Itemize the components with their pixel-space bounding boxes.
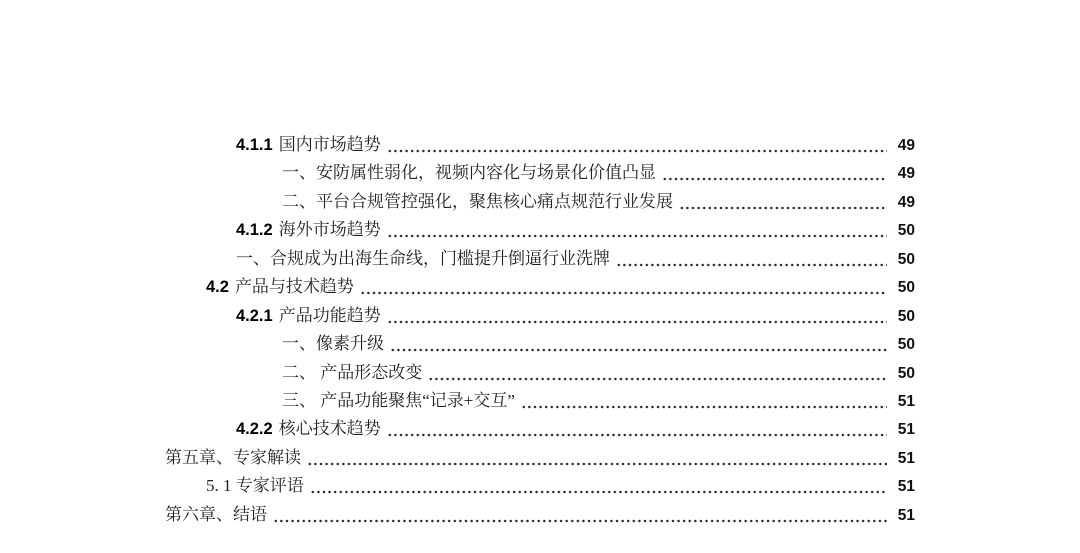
toc-entry[interactable]: 5. 1 专家评语51 bbox=[0, 472, 1080, 500]
toc-entry-label: 一、像素升级 bbox=[282, 330, 384, 358]
toc-entry-label: 产品与技术趋势 bbox=[235, 273, 354, 301]
toc-entry-page: 50 bbox=[893, 246, 915, 274]
toc-list: 4.1.1国内市场趋势49一、安防属性弱化，视频内容化与场景化价值凸显49二、平… bbox=[0, 131, 1080, 529]
toc-entry[interactable]: 一、像素升级50 bbox=[0, 330, 1080, 358]
dotted-leader bbox=[387, 302, 887, 330]
toc-entry-label: 二、 产品形态改变 bbox=[282, 359, 422, 387]
toc-entry-number: 4.1.1 bbox=[236, 131, 273, 159]
toc-entry-page: 50 bbox=[893, 331, 915, 359]
toc-entry-label: 第五章、专家解读 bbox=[165, 444, 301, 472]
toc-entry-page: 51 bbox=[893, 388, 915, 416]
dotted-leader bbox=[387, 216, 887, 244]
toc-entry[interactable]: 4.2产品与技术趋势50 bbox=[0, 273, 1080, 301]
dotted-leader bbox=[521, 387, 887, 415]
dotted-leader bbox=[273, 501, 887, 529]
toc-entry-page: 49 bbox=[893, 132, 915, 160]
toc-entry-page: 51 bbox=[893, 502, 915, 530]
toc-entry[interactable]: 第五章、专家解读51 bbox=[0, 444, 1080, 472]
toc-entry[interactable]: 三、 产品功能聚焦“记录+交互”51 bbox=[0, 387, 1080, 415]
dotted-leader bbox=[390, 330, 887, 358]
toc-entry-label: 一、安防属性弱化，视频内容化与场景化价值凸显 bbox=[282, 159, 656, 187]
toc-entry[interactable]: 4.1.2海外市场趋势50 bbox=[0, 216, 1080, 244]
toc-entry-page: 51 bbox=[893, 416, 915, 444]
toc-entry-page: 51 bbox=[893, 445, 915, 473]
toc-entry[interactable]: 二、 产品形态改变50 bbox=[0, 359, 1080, 387]
toc-entry-label: 核心技术趋势 bbox=[279, 415, 381, 443]
toc-entry[interactable]: 二、平台合规管控强化，聚焦核心痛点规范行业发展49 bbox=[0, 188, 1080, 216]
toc-entry-label: 二、平台合规管控强化，聚焦核心痛点规范行业发展 bbox=[282, 188, 673, 216]
toc-entry[interactable]: 一、合规成为出海生命线，门槛提升倒逼行业洗牌50 bbox=[0, 245, 1080, 273]
toc-entry-page: 49 bbox=[893, 189, 915, 217]
toc-entry-number: 4.1.2 bbox=[236, 216, 273, 244]
toc-entry[interactable]: 一、安防属性弱化，视频内容化与场景化价值凸显49 bbox=[0, 159, 1080, 187]
toc-entry-page: 49 bbox=[893, 160, 915, 188]
toc-entry[interactable]: 4.1.1国内市场趋势49 bbox=[0, 131, 1080, 159]
toc-entry[interactable]: 4.2.2核心技术趋势51 bbox=[0, 415, 1080, 443]
toc-entry[interactable]: 第六章、结语51 bbox=[0, 501, 1080, 529]
dotted-leader bbox=[679, 188, 887, 216]
dotted-leader bbox=[387, 131, 887, 159]
toc-entry-number: 4.2.2 bbox=[236, 415, 273, 443]
dotted-leader bbox=[307, 444, 887, 472]
dotted-leader bbox=[662, 159, 887, 187]
toc-entry-page: 50 bbox=[893, 217, 915, 245]
dotted-leader bbox=[310, 472, 887, 500]
dotted-leader bbox=[616, 245, 887, 273]
toc-entry-number: 4.2 bbox=[206, 273, 229, 301]
toc-entry-label: 国内市场趋势 bbox=[279, 131, 381, 159]
toc-entry[interactable]: 4.2.1产品功能趋势50 bbox=[0, 302, 1080, 330]
toc-entry-page: 51 bbox=[893, 473, 915, 501]
toc-entry-page: 50 bbox=[893, 274, 915, 302]
toc-entry-label: 5. 1 专家评语 bbox=[206, 472, 304, 500]
dotted-leader bbox=[360, 273, 887, 301]
toc-entry-page: 50 bbox=[893, 360, 915, 388]
toc-entry-page: 50 bbox=[893, 303, 915, 331]
dotted-leader bbox=[387, 415, 887, 443]
dotted-leader bbox=[428, 359, 887, 387]
toc-entry-label: 三、 产品功能聚焦“记录+交互” bbox=[282, 387, 515, 415]
toc-entry-label: 第六章、结语 bbox=[165, 501, 267, 529]
toc-entry-label: 海外市场趋势 bbox=[279, 216, 381, 244]
toc-entry-number: 4.2.1 bbox=[236, 302, 273, 330]
toc-entry-label: 一、合规成为出海生命线，门槛提升倒逼行业洗牌 bbox=[236, 245, 610, 273]
toc-entry-label: 产品功能趋势 bbox=[279, 302, 381, 330]
